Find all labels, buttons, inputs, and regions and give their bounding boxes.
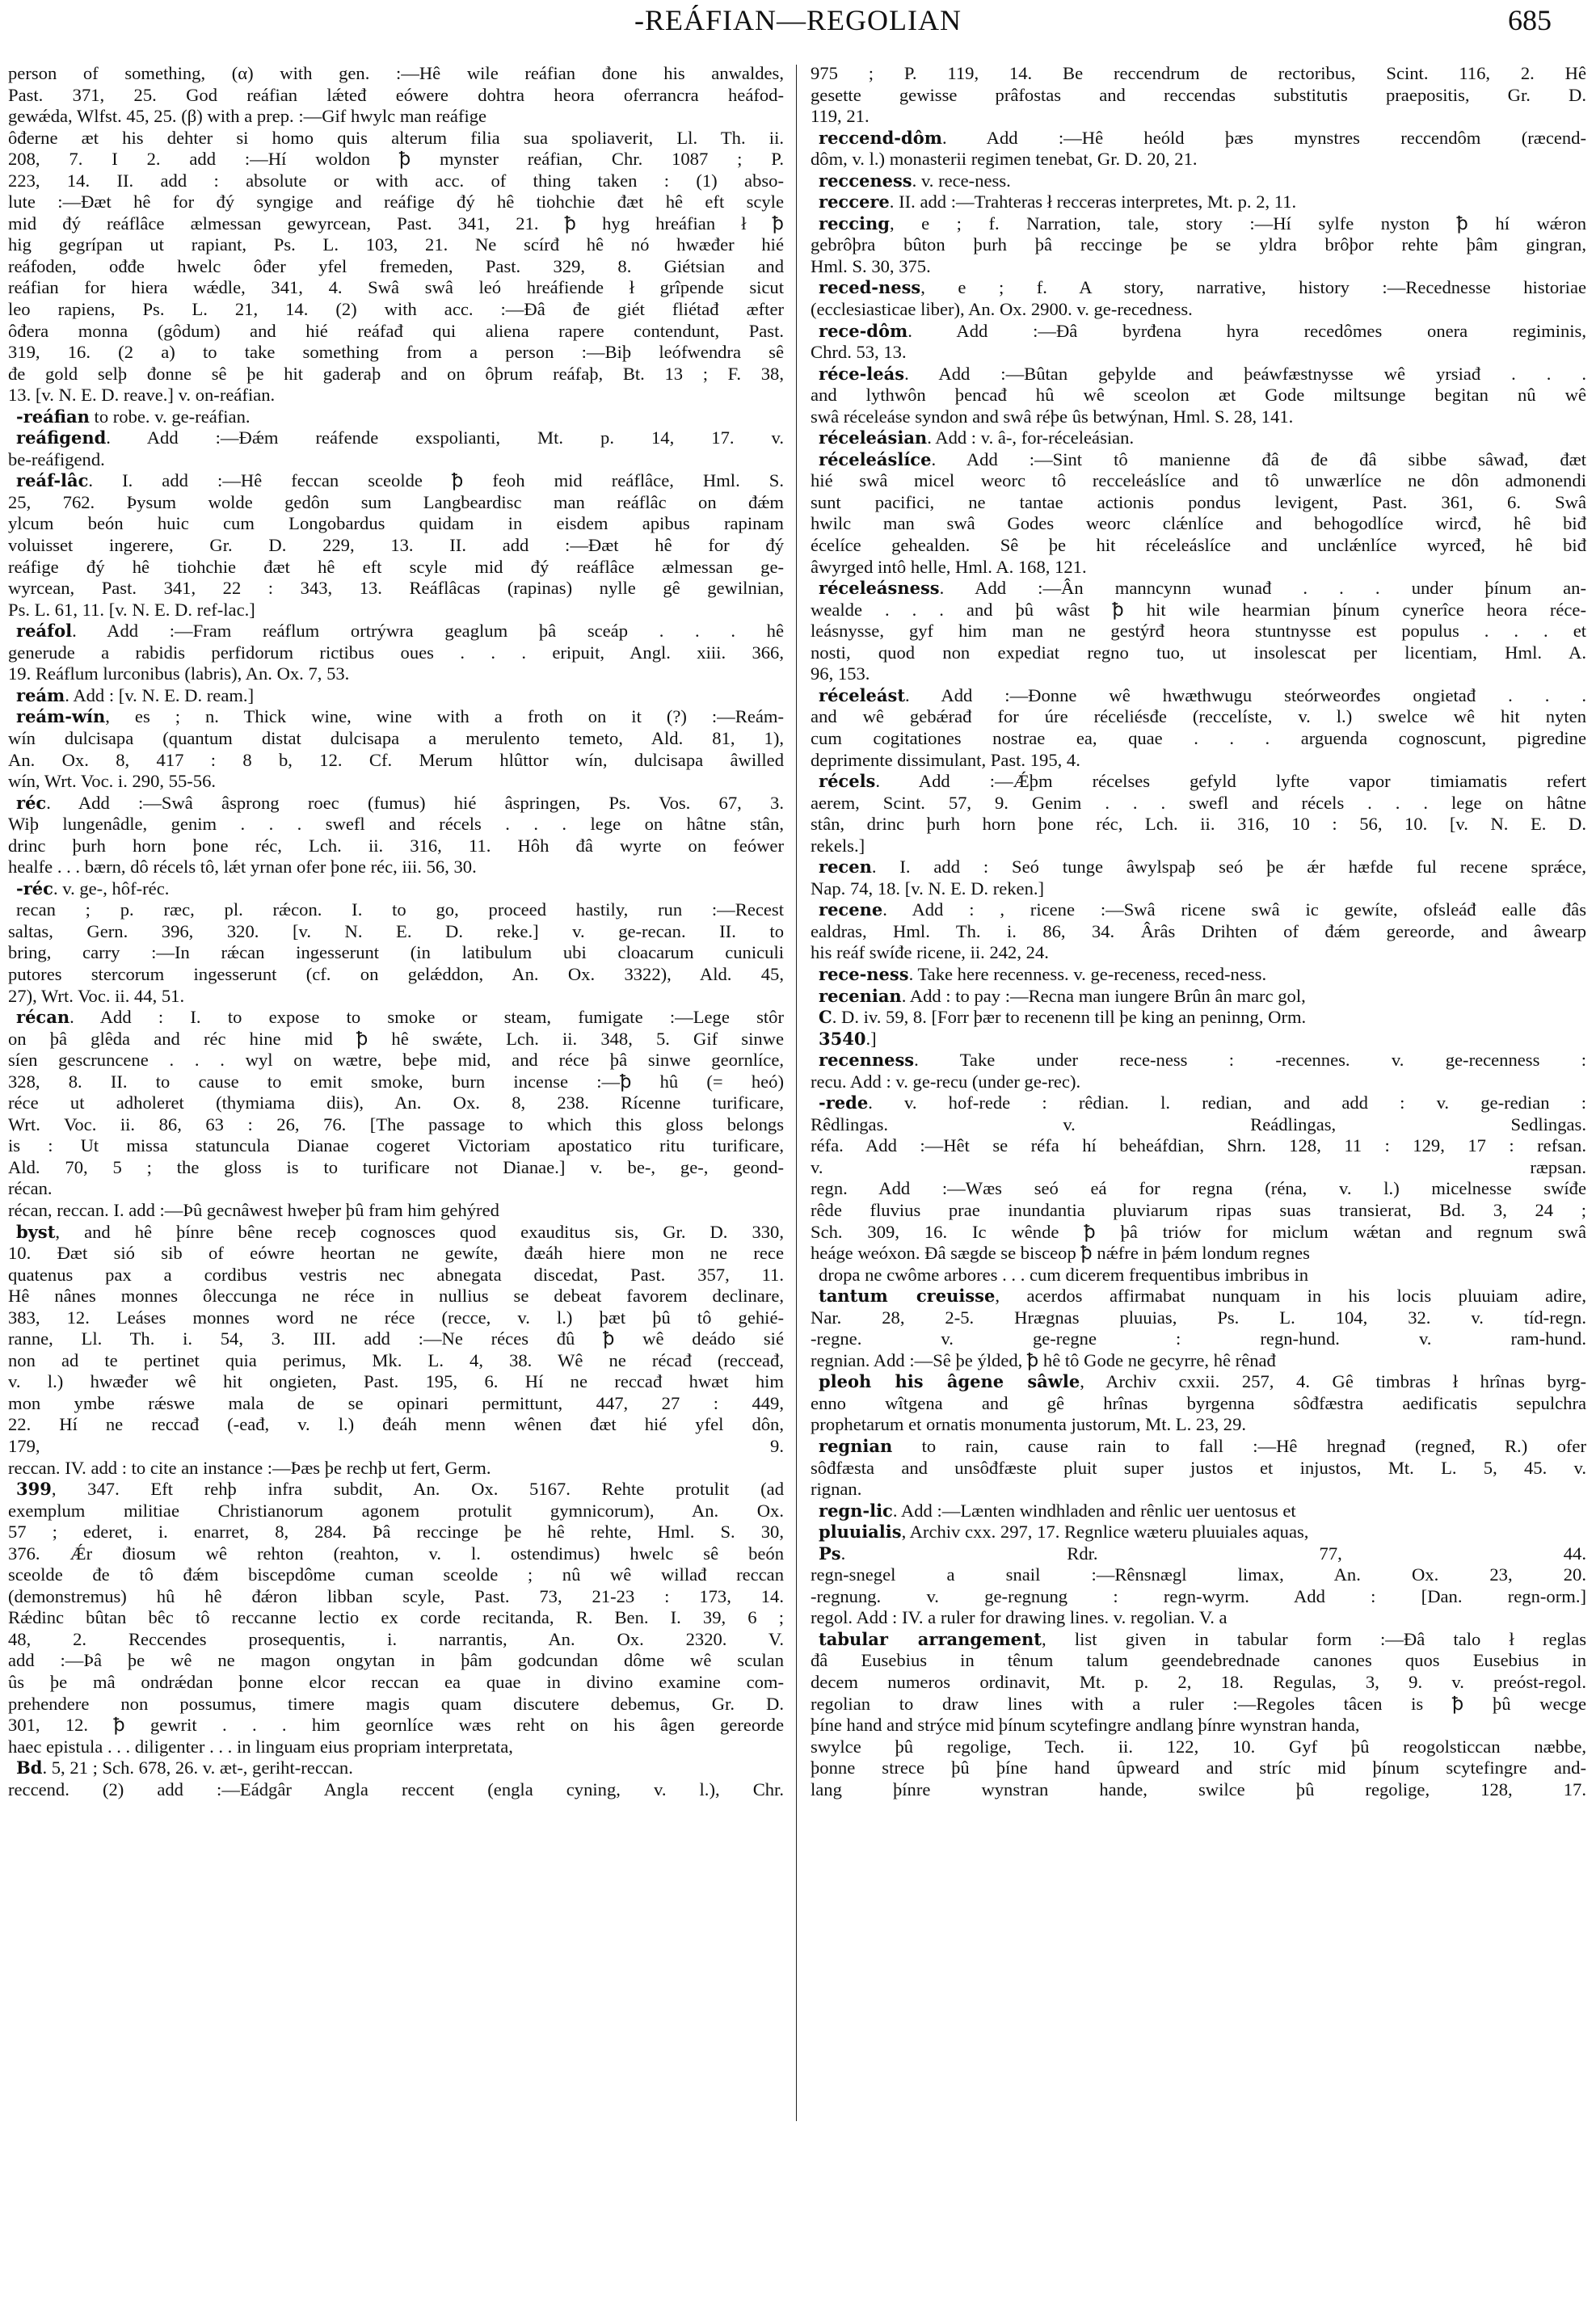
text-line: person of something, (α) with gen. :—Hê … (8, 63, 784, 85)
right-column: 975 ; P. 119, 14. Be reccendrum de recto… (811, 63, 1586, 1800)
text-line: wín, Wrt. Voc. i. 290, 55-56. (8, 771, 784, 793)
text-line: mid đý reáflâce ælmessan gewyrcean, Past… (8, 213, 784, 235)
text-line: 208, 7. I 2. add :—Hí woldon ꝥ mynster r… (8, 149, 784, 170)
dictionary-entry-start: 3540.] (811, 1029, 1586, 1050)
text-line: Wiþ lungenâdle, genim . . . swefl and ré… (8, 814, 784, 836)
dictionary-entry-start: dropa ne cwôme arbores . . . cum dicerem… (811, 1265, 1586, 1286)
text-line: and wê gebǽrađ for úre réceliésđe (recce… (811, 706, 1586, 728)
text-line: âwyrged intô helle, Hml. A. 168, 121. (811, 557, 1586, 579)
text-line: healfe . . . bærn, dô récels tô, lǽt yrn… (8, 857, 784, 878)
text-line: lute :—Đæt hê for đý syngige and reáfige… (8, 192, 784, 213)
text-line: -regne. v. ge-regne : regn-hund. v. ram-… (811, 1328, 1586, 1350)
text-line: rignan. (811, 1479, 1586, 1501)
dictionary-entry-start: Bd. 5, 21 ; Sch. 678, 26. v. æt-, geriht… (8, 1757, 784, 1779)
headword: -réc (16, 878, 53, 899)
text-line: enno wîtgena and gê hrînas byrgenna sôđf… (811, 1393, 1586, 1415)
dictionary-entry-start: rece-ness. Take here recenness. v. ge-re… (811, 964, 1586, 986)
text-line: hwilc man swâ Godes weorc clǽnlíce and b… (811, 513, 1586, 535)
text-line: ranne, Ll. Th. i. 54, 3. III. add :—Ne r… (8, 1328, 784, 1350)
text-line: Hml. S. 30, 375. (811, 256, 1586, 278)
text-line: stân, drinc þurh horn þone réc, Lch. ii.… (811, 814, 1586, 836)
text-line: voluisset ingerere, Gr. D. 229, 13. II. … (8, 535, 784, 557)
text-line: Chrd. 53, 13. (811, 342, 1586, 364)
text-line: Nar. 28, 2-5. Hrægnas pluuias, Ps. L. 10… (811, 1307, 1586, 1329)
text-line: gesette gewisse prâfostas and reccendas … (811, 85, 1586, 107)
text-line: sceolde đe tô đǽm biscepdôme cuman sceol… (8, 1564, 784, 1586)
text-line: saltas, Gern. 396, 320. [v. N. E. D. rek… (8, 921, 784, 943)
dictionary-entry-start: recen. I. add : Seó tunge âwylspaþ seó þ… (811, 857, 1586, 878)
text-line: hig gegrípan ut rapiant, Ps. L. 103, 21.… (8, 234, 784, 256)
headword: regnian (819, 1436, 892, 1456)
text-line: þonne strece þû þíne hand ûpweard and st… (811, 1757, 1586, 1779)
headword: reced-ness (819, 277, 920, 297)
dictionary-entry-start: reccend-dôm. Add :—Hê heóld þæs mynstres… (811, 128, 1586, 149)
headword: reám (16, 685, 65, 705)
headword: Bd (16, 1757, 42, 1778)
dictionary-entry-start: reáf-lâc. I. add :—Hê feccan sceolde ꝥ f… (8, 470, 784, 492)
headword: réceleásness (819, 578, 940, 598)
dictionary-entry-start: récan. Add : I. to expose to smoke or st… (8, 1007, 784, 1029)
text-line: and lythwôn þencađ hû wê sceolon æt Gode… (811, 385, 1586, 406)
text-line: v. l.) hwæđer wê hit ongieten, Past. 195… (8, 1371, 784, 1393)
text-line: Ald. 70, 5 ; the gloss is to turificare … (8, 1157, 784, 1179)
text-line: recu. Add : v. ge-recu (under ge-rec). (811, 1071, 1586, 1093)
text-line: wealde . . . and þû wâst ꝥ hit wile hear… (811, 600, 1586, 621)
text-line: 328, 8. II. to cause to emit smoke, burn… (8, 1071, 784, 1093)
text-line: on þâ glêda and réc hine mid ꝥ hê swǽte,… (8, 1029, 784, 1050)
text-line: Rǽdinc bûtan bêc tô reccanne lectio ex c… (8, 1607, 784, 1629)
headword: byst (16, 1222, 55, 1242)
text-line: 48, 2. Reccendes prosequentis, i. narran… (8, 1629, 784, 1651)
dictionary-entry-start: réceleáslíce. Add :—Sint tô manienne đâ … (811, 449, 1586, 471)
headword: reccend-dôm (819, 128, 942, 148)
text-line: reáfian for hiera wǽdle, 341, 4. Swâ swâ… (8, 277, 784, 299)
dictionary-entry-start: reccere. II. add :—Trahteras ł recceras … (811, 192, 1586, 213)
text-line: reccan. IV. add : to cite an instance :—… (8, 1458, 784, 1480)
dictionary-entry-start: réceleásness. Add :—Ân manncynn wunađ . … (811, 578, 1586, 600)
dictionary-entry-start: -rede. v. hof-rede : rêdian. l. redian, … (811, 1092, 1586, 1114)
text-line: Hê nânes monnes ôleccunga ne réce in nul… (8, 1286, 784, 1307)
headword: recenian (819, 986, 902, 1006)
headword: 399 (16, 1479, 52, 1499)
dictionary-entry-start: regn-lic. Add :—Lænten windhladen and rê… (811, 1501, 1586, 1522)
dictionary-entry-start: récels. Add :—Ǽþm récelses gefyld lyfte … (811, 771, 1586, 793)
dictionary-entry-start: reccing, e ; f. Narration, tale, story :… (811, 213, 1586, 235)
dictionary-entry-start: réceleásian. Add : v. â-, for-réceleásia… (811, 427, 1586, 449)
dictionary-entry-start: reáfigend. Add :—Đǽm reáfende exspoliant… (8, 427, 784, 449)
text-line: putores stercorum ingesserunt (cf. on ge… (8, 964, 784, 986)
text-line: 10. Đæt sió sib of eówre heortan ne gewí… (8, 1243, 784, 1265)
text-line: réce ut adholeret (thymiama diis), An. O… (8, 1092, 784, 1114)
dictionary-entry-start: regnian to rain, cause rain to fall :—Hê… (811, 1436, 1586, 1458)
text-line: deprimente dissimulant, Past. 195, 4. (811, 750, 1586, 772)
text-line: 179, 9. (8, 1436, 784, 1458)
text-line: quatenus pax a cordibus vestris nec abne… (8, 1265, 784, 1286)
text-line: 22. Hí ne reccađ (-eađ, v. l.) đeáh menn… (8, 1414, 784, 1436)
text-line: đâ Eusebius in tênum talum geendebrednad… (811, 1650, 1586, 1672)
text-line: nosti, quod non expediat regno tuo, ut i… (811, 642, 1586, 664)
dictionary-entry-start: recene. Add : , ricene :—Swâ ricene swâ … (811, 899, 1586, 921)
headword: Ps (819, 1543, 841, 1564)
headword: réce-leás (819, 364, 904, 384)
text-line: ôđerne æt his dehter si homo quis alteru… (8, 128, 784, 149)
headword: rece-dôm (819, 321, 907, 341)
text-line: rêde fluvius prae inundantia pluviarum r… (811, 1200, 1586, 1222)
text-line: swâ réceleáse syndon and swâ réþe ûs bet… (811, 406, 1586, 428)
text-line: ealdras, Hml. Th. i. 86, 34. Ârâs Drihte… (811, 921, 1586, 943)
text-line: reccend. (2) add :—Eádgâr Angla reccent … (8, 1779, 784, 1801)
text-line: generude a rabidis perfidorum rictibus o… (8, 642, 784, 664)
text-line: hié swâ micel weorc tô recceleáslíce and… (811, 470, 1586, 492)
page-number: 685 (1508, 3, 1552, 37)
headword: C (819, 1007, 832, 1027)
headword: recen (819, 857, 872, 877)
text-line: ôđera monna (gôdum) and hié reáfađ qui a… (8, 321, 784, 343)
dictionary-entry-start: recceness. v. rece-ness. (811, 170, 1586, 192)
text-line: reáfige đý hê tiohchie đæt hê eft scyle … (8, 557, 784, 579)
text-line: regn. Add :—Wæs seó eá for regna (réna, … (811, 1178, 1586, 1200)
running-head: -REÁFIAN—REGOLIAN (0, 3, 1596, 37)
column-divider (796, 65, 797, 2121)
dictionary-entry-start: tabular arrangement, list given in tabul… (811, 1629, 1586, 1651)
text-line: ûs þe mâ ondrǽdan þonne elcor reccan ea … (8, 1672, 784, 1694)
text-line: -regnung. v. ge-regnung : regn-wyrm. Add… (811, 1586, 1586, 1608)
text-line: rekels.] (811, 836, 1586, 857)
dictionary-entry-start: pluuialis, Archiv cxx. 297, 17. Regnlice… (811, 1522, 1586, 1543)
text-line: đe gold selþ đonne sê þe hit gaderaþ and… (8, 364, 784, 385)
headword: reccing (819, 213, 890, 234)
dictionary-entry-start: reám-wín, es ; n. Thick wine, wine with … (8, 706, 784, 728)
text-line: lang þínre wynstran hande, swilce þû reg… (811, 1779, 1586, 1801)
text-line: swylce þû regolige, Tech. ii. 122, 10. G… (811, 1736, 1586, 1758)
text-line: Rêdlingas. v. Reádlingas, Sedlingas. (811, 1114, 1586, 1136)
headword: tantum creuisse (819, 1286, 995, 1306)
text-line: regnian. Add :—Sê þe ýlded, ꝥ hê tô Gode… (811, 1350, 1586, 1372)
headword: réceleáslíce (819, 449, 931, 469)
dictionary-entry-start: tantum creuisse, acerdos affirmabat nunq… (811, 1286, 1586, 1307)
text-line: síen gescruncene . . . wyl on wætre, beþ… (8, 1050, 784, 1071)
text-line: mon ymbe rǽswe mala de se opinari permit… (8, 1393, 784, 1415)
text-line: récan. (8, 1178, 784, 1200)
text-line: wyrcean, Past. 341, 22 : 343, 13. Reáflâ… (8, 578, 784, 600)
text-line: Past. 371, 25. God reáfian lǽteđ eówere … (8, 85, 784, 107)
text-line: 383, 12. Leáses monnes word ne réce (rec… (8, 1307, 784, 1329)
text-line: Sch. 309, 16. Ic wênde ꝥ þâ triów for mi… (811, 1222, 1586, 1244)
text-line: haec epistula . . . diligenter . . . in … (8, 1736, 784, 1758)
text-line: is : Ut missa statuncula Dianae cogeret … (8, 1135, 784, 1157)
headword: reccere (819, 192, 890, 212)
dictionary-entry-start: recenian. Add : to pay :—Recna man iunge… (811, 986, 1586, 1008)
left-column: person of something, (α) with gen. :—Hê … (8, 63, 784, 1800)
headword: réceleást (819, 685, 905, 705)
headword: recceness (819, 170, 912, 191)
dictionary-entry-start: réce-leás. Add :—Bûtan geþylde and þeáwf… (811, 364, 1586, 385)
text-line: 13. [v. N. E. D. reave.] v. on-reáfian. (8, 385, 784, 406)
dictionary-entry-start: C. D. iv. 59, 8. [Forr þær to recenenn t… (811, 1007, 1586, 1029)
headword: reám-wín (16, 706, 105, 726)
headword: pluuialis (819, 1522, 902, 1542)
dictionary-entry-start: recan ; p. ræc, pl. rǽcon. I. to go, pro… (8, 899, 784, 921)
text-line: sunt pacifici, ne tantae actionis pondus… (811, 492, 1586, 514)
text-line: 319, 16. (2 a) to take something from a … (8, 342, 784, 364)
text-line: reáfoden, ođđe hwelc ôđer yfel fremeden,… (8, 256, 784, 278)
headword: pleoh his âgene sâwle (819, 1371, 1080, 1391)
dictionary-entry-start: pleoh his âgene sâwle, Archiv cxxii. 257… (811, 1371, 1586, 1393)
headword: regn-lic (819, 1501, 893, 1521)
headword: reáfigend (16, 427, 106, 448)
text-line: drinc þurh horn þone réc, Lch. ii. 316, … (8, 836, 784, 857)
text-line: cum cogitationes nostrae ea, quae . . . … (811, 728, 1586, 750)
text-line: his reáf swíđe ricene, ii. 242, 24. (811, 942, 1586, 964)
dictionary-entry-start: réc. Add :—Swâ âsprong roec (fumus) hié … (8, 793, 784, 815)
text-line: decem numeros ordinavit, Mt. p. 2, 18. R… (811, 1672, 1586, 1694)
text-line: exemplum militiae Christianorum agonem p… (8, 1501, 784, 1522)
text-line: 376. Ǽr điosum wê rehton (reahton, v. l.… (8, 1543, 784, 1565)
text-line: leásnysse, gyf him man ne gestýrđ heora … (811, 621, 1586, 642)
headword: récels (819, 771, 875, 791)
text-line: Nap. 74, 18. [v. N. E. D. reken.] (811, 878, 1586, 900)
dictionary-entry-start: recenness. Take under rece-ness : -recen… (811, 1050, 1586, 1071)
dictionary-entry-start: -reáfian to robe. v. ge-reáfian. (8, 406, 784, 428)
text-line: Ps. L. 61, 11. [v. N. E. D. ref-lac.] (8, 600, 784, 621)
text-line: 96, 153. (811, 663, 1586, 685)
headword: rece-ness (819, 964, 909, 984)
text-line: réfa. Add :—Hêt se réfa hí beheáfdian, S… (811, 1135, 1586, 1157)
text-line: 119, 21. (811, 106, 1586, 128)
text-line: bring, carry :—In rǽcan ingesserunt (in … (8, 942, 784, 964)
headword: -rede (819, 1092, 868, 1113)
headword: réc (16, 793, 46, 813)
text-line: þíne hand and strýce mid þínum scytefing… (811, 1715, 1586, 1736)
text-line: (ecclesiasticae liber), An. Ox. 2900. v.… (811, 299, 1586, 321)
text-line: prophetarum et ornatis monumenta justoru… (811, 1414, 1586, 1436)
text-line: aerem, Scint. 57, 9. Genim . . . swefl a… (811, 793, 1586, 815)
text-line: regolian to draw lines with a ruler :—Re… (811, 1694, 1586, 1715)
text-line: ylcum beón huic cum Longobardus quidam i… (8, 513, 784, 535)
headword: -reáfian (16, 406, 90, 427)
text-line: Wrt. Voc. ii. 86, 63 : 26, 76. [The pass… (8, 1114, 784, 1136)
dictionary-entry-start: réceleást. Add :—Đonne wê hwæthwugu steó… (811, 685, 1586, 707)
text-line: 975 ; P. 119, 14. Be reccendrum de recto… (811, 63, 1586, 85)
headword: 3540 (819, 1029, 865, 1049)
dictionary-entry-start: Ps. Rdr. 77, 44. (811, 1543, 1586, 1565)
text-line: gewǽda, Wlfst. 45, 25. (β) with a prep. … (8, 106, 784, 128)
text-line: wín dulcisapa (quantum distat dulcisapa … (8, 728, 784, 750)
headword: tabular arrangement (819, 1629, 1042, 1649)
headword: recene (819, 899, 882, 920)
dictionary-entry-start: reced-ness, e ; f. A story, narrative, h… (811, 277, 1586, 299)
dictionary-entry-start: byst, and hê þínre bêne receþ cognosces … (8, 1222, 784, 1244)
dictionary-entry-start: reáfol. Add :—Fram reáflum ortrýwra geag… (8, 621, 784, 642)
dictionary-entry-start: reám. Add : [v. N. E. D. ream.] (8, 685, 784, 707)
dictionary-entry-start: -réc. v. ge-, hôf-réc. (8, 878, 784, 900)
headword: recenness (819, 1050, 914, 1070)
text-line: gebrôþra bûton þurh þâ reccinge þe se yl… (811, 234, 1586, 256)
text-line: add :—Þâ þe wê ne magon ongytan in þâm g… (8, 1650, 784, 1672)
headword: reáfol (16, 621, 72, 641)
text-line: An. Ox. 8, 417 : 8 b, 12. Cf. Merum hlût… (8, 750, 784, 772)
text-line: non ad te pertinet quia perimus, Mk. L. … (8, 1350, 784, 1372)
text-line: prehendere non possumus, timere magis qu… (8, 1694, 784, 1715)
text-line: 301, 12. ꝥ gewrit . . . him geornlíce wæ… (8, 1715, 784, 1736)
text-line: regol. Add : IV. a ruler for drawing lin… (811, 1607, 1586, 1629)
headword: reáf-lâc (16, 470, 88, 490)
text-line: 25, 762. Þysum wolde gedôn sum Langbeard… (8, 492, 784, 514)
text-line: v. ræpsan. (811, 1157, 1586, 1179)
text-line: 57 ; ederet, i. enarret, 8, 284. Þâ recc… (8, 1522, 784, 1543)
text-line: regn-snegel a snail :—Rênsnægl limax, An… (811, 1564, 1586, 1586)
text-line: récan, reccan. I. add :—Þû gecnâwest hwe… (8, 1200, 784, 1222)
text-line: (demonstremus) hû hê đǽron libban scyle,… (8, 1586, 784, 1608)
dictionary-entry-start: rece-dôm. Add :—Đâ byrđena hyra recedôme… (811, 321, 1586, 343)
dictionary-entry-start: 399, 347. Eft rehþ infra subdit, An. Ox.… (8, 1479, 784, 1501)
text-line: heáge weóxon. Đâ sægde se bisceop ꝥ nǽfr… (811, 1243, 1586, 1265)
text-line: leo rapiens, Ps. L. 21, 14. (2) with acc… (8, 299, 784, 321)
text-line: écelíce gehealden. Sê þe hit réceleáslíc… (811, 535, 1586, 557)
page-header: -REÁFIAN—REGOLIAN 685 (0, 0, 1596, 48)
text-line: dôm, v. l.) monasterii regimen tenebat, … (811, 149, 1586, 170)
text-line: 27), Wrt. Voc. ii. 44, 51. (8, 986, 784, 1008)
headword: réceleásian (819, 427, 927, 448)
text-line: 223, 14. II. add : absolute or with acc.… (8, 170, 784, 192)
text-line: be-reáfigend. (8, 449, 784, 471)
text-line: 19. Reáflum lurconibus (labris), An. Ox.… (8, 663, 784, 685)
headword: récan (16, 1007, 69, 1027)
text-line: sôđfæsta and unsôđfæste pluit super just… (811, 1458, 1586, 1480)
